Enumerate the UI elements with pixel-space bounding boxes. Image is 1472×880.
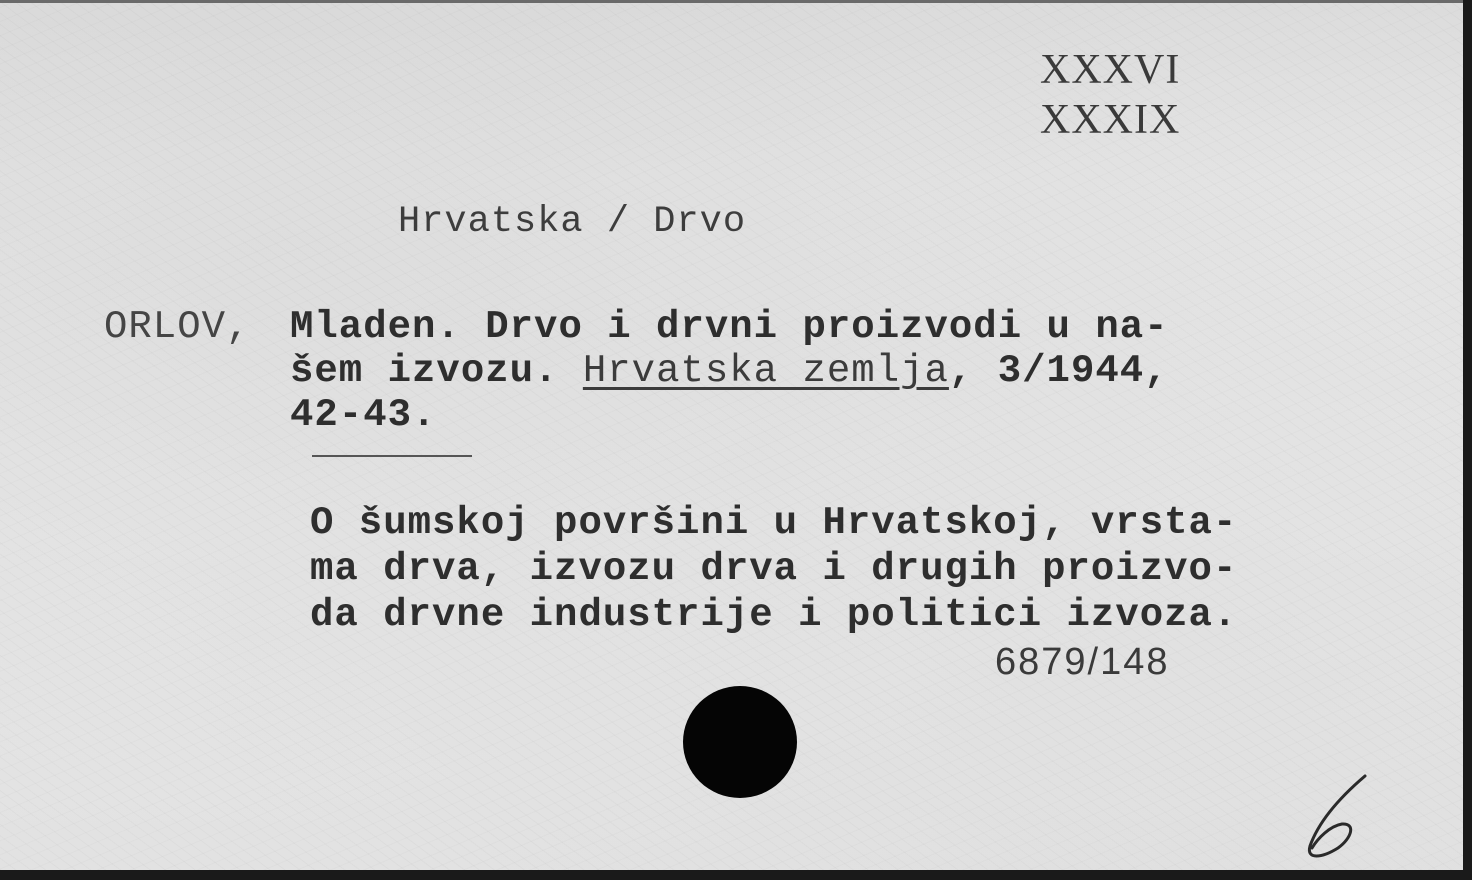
entry-line-1: Mladen. Drvo i drvni proizvodi u na- (290, 305, 1169, 349)
abstract-line-3: da drvne industrije i politici izvoza. (310, 592, 1237, 638)
entry-line-2-text: šem izvozu. (290, 349, 583, 393)
abstract-line-1: O šumskoj površini u Hrvatskoj, vrsta- (310, 500, 1237, 546)
journal-title: Hrvatska zemlja (583, 349, 949, 393)
author-name: ORLOV, (104, 305, 250, 349)
abstract-line-2: ma drva, izvozu drva i drugih proizvo- (310, 546, 1237, 592)
subject-heading: Hrvatska / Drvo (398, 201, 746, 243)
classification-line-1: XXXVI (1040, 45, 1180, 95)
punch-hole (683, 686, 797, 798)
pages-underline (312, 455, 472, 457)
classification-line-2: XXXIX (1040, 95, 1180, 145)
journal-issue: , 3/1944, (949, 349, 1169, 393)
entry-pages: 42-43. (290, 393, 436, 437)
call-number: 6879/148 (995, 641, 1170, 684)
handwritten-mark (1300, 768, 1380, 868)
entry-line-2: šem izvozu. Hrvatska zemlja, 3/1944, (290, 349, 1169, 393)
catalog-card: XXXVI XXXIX Hrvatska / Drvo ORLOV, Mlade… (0, 0, 1463, 870)
